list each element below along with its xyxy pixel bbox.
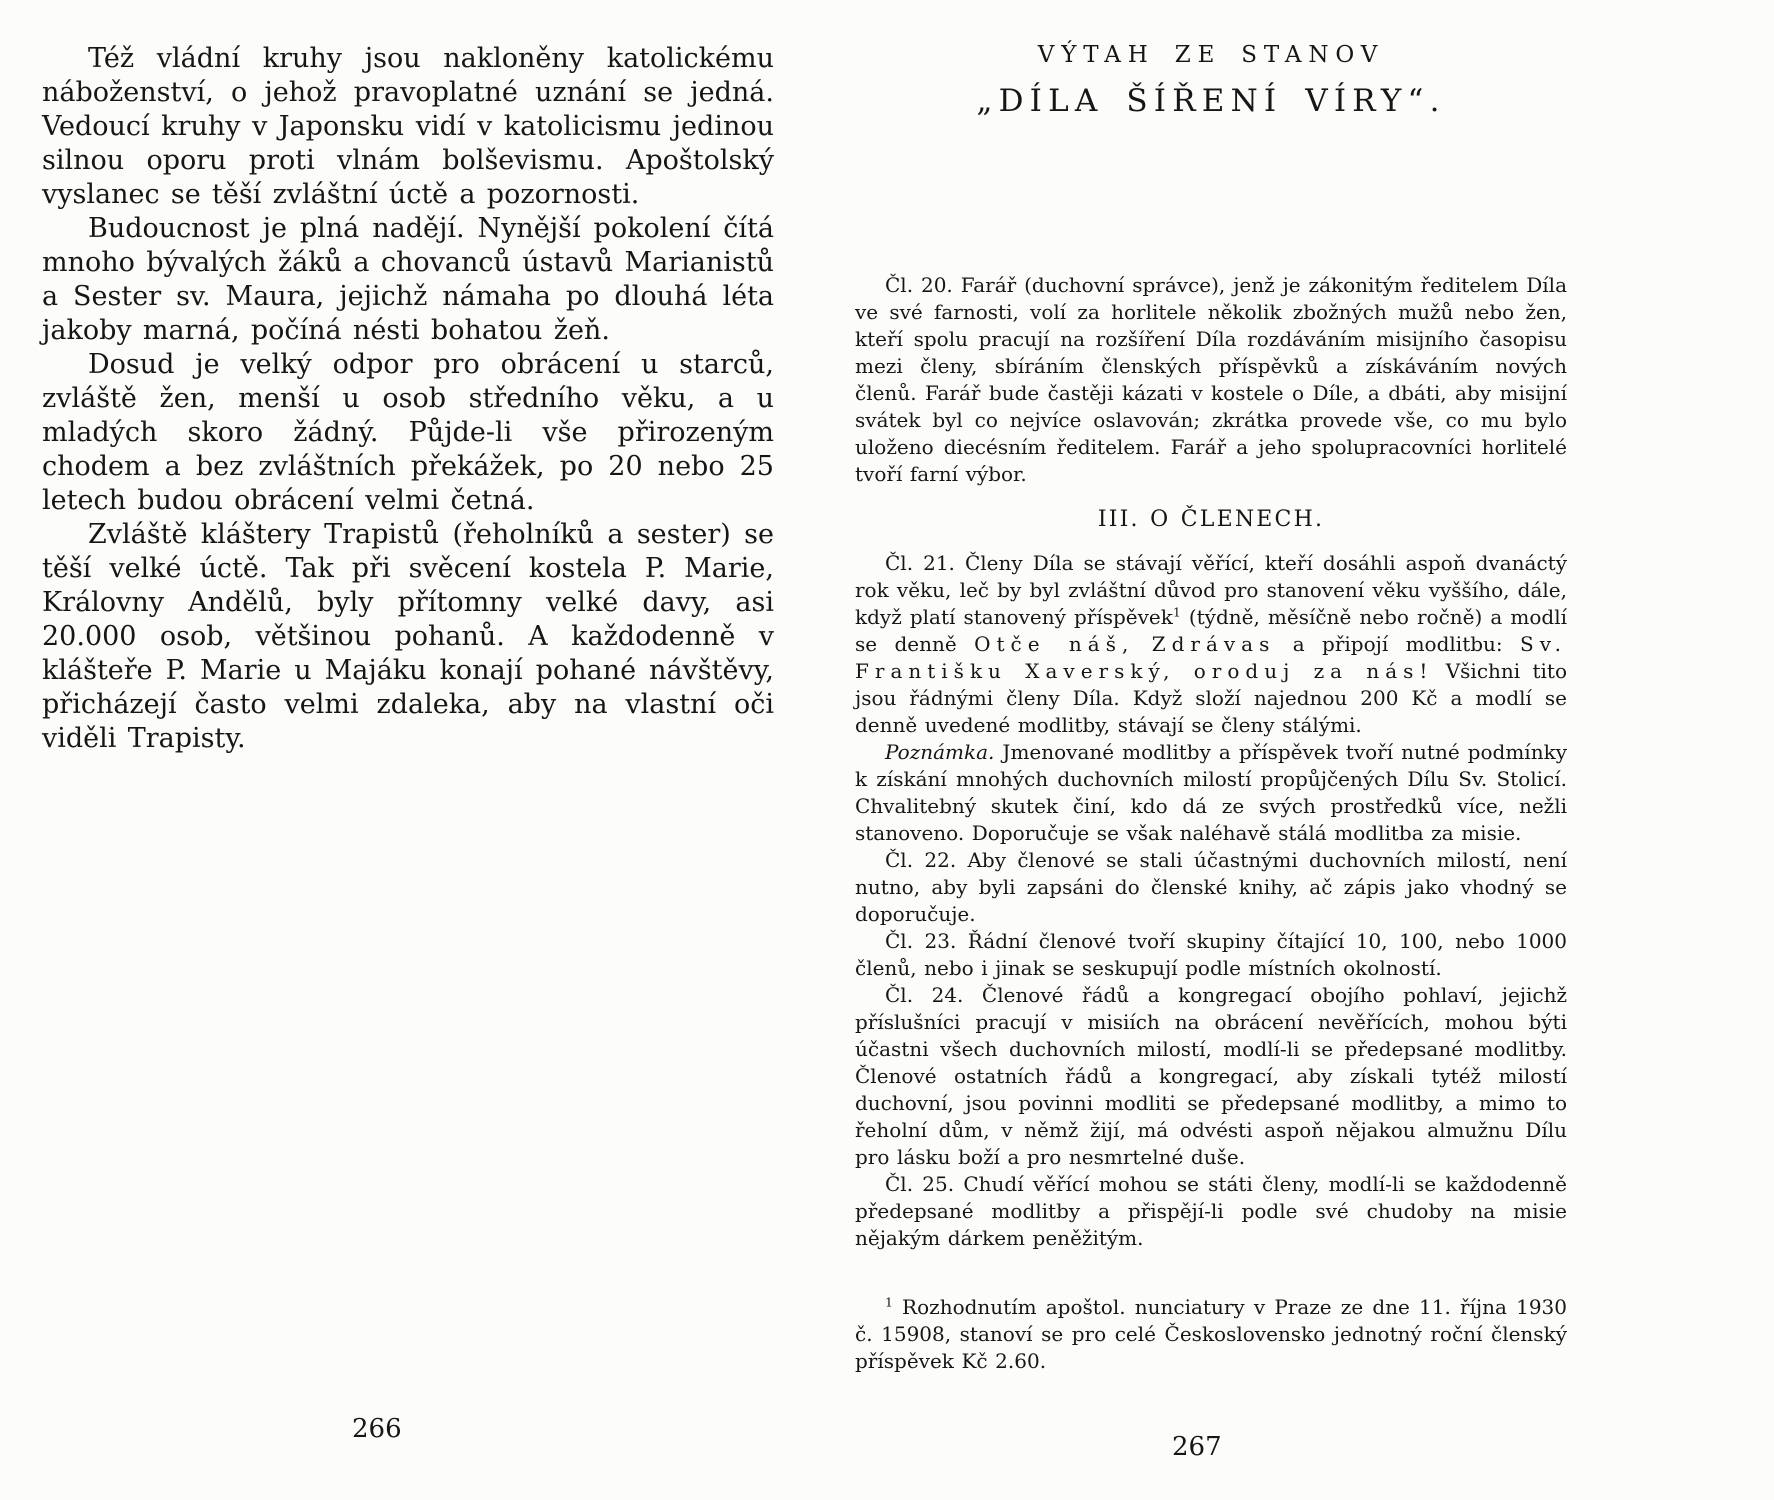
left-paragraph-3: Dosud je velký odpor pro obrácení u star… [42, 348, 774, 518]
footnote-text: Rozhodnutím apoštol. nunciatury v Praze … [855, 1295, 1567, 1373]
article-23-paragraph: Čl. 23. Řádní členové tvoří skupiny číta… [855, 928, 1567, 982]
page-right-text-column: VÝTAH ZE STANOV „DÍLA ŠÍŘENÍ VÍRY“. Čl. … [855, 40, 1567, 1375]
note-lead-italic: Poznámka. [885, 740, 994, 764]
article-20-paragraph: Čl. 20. Farář (duchovní správce), jenž j… [855, 272, 1567, 488]
note-paragraph: Poznámka. Jmenované modlitby a příspěvek… [855, 739, 1567, 847]
article-25-paragraph: Čl. 25. Chudí věřící mohou se státi člen… [855, 1171, 1567, 1252]
article-22-paragraph: Čl. 22. Aby členové se stali účastnými d… [855, 847, 1567, 928]
prayer-name-zdravas: Zdrávas [1152, 632, 1276, 656]
section-heading-members: III. O ČLENECH. [855, 506, 1567, 534]
article-24-paragraph: Čl. 24. Členové řádů a kongregací obojíh… [855, 982, 1567, 1171]
page-number-right: 267 [1172, 1432, 1222, 1462]
chapter-heading-large: „DÍLA ŠÍŘENÍ VÍRY“. [855, 80, 1567, 122]
left-paragraph-4: Zvláště kláštery Trapistů (řeholníků a s… [42, 518, 774, 756]
article-21-text-4: a připojí modlitbu: [1275, 632, 1520, 656]
article-21-paragraph: Čl. 21. Členy Díla se stávají věřící, kt… [855, 550, 1567, 739]
prayer-name-otce-nas: Otče náš, [974, 632, 1134, 656]
footnote-marker: 1 [885, 1294, 893, 1309]
article-21-text-3 [1134, 632, 1151, 656]
page-left-text-column: Též vládní kruhy jsou nakloněny katolick… [42, 42, 774, 756]
book-spread: Též vládní kruhy jsou nakloněny katolick… [0, 0, 1774, 1500]
footnote-reference-marker: 1 [1173, 604, 1181, 619]
page-number-left: 266 [352, 1414, 402, 1444]
chapter-heading-small: VÝTAH ZE STANOV [855, 40, 1567, 70]
left-paragraph-2: Budoucnost je plná nadějí. Nynější pokol… [42, 212, 774, 348]
footnote-paragraph: 1 Rozhodnutím apoštol. nunciatury v Praz… [855, 1294, 1567, 1375]
left-paragraph-1: Též vládní kruhy jsou nakloněny katolick… [42, 42, 774, 212]
